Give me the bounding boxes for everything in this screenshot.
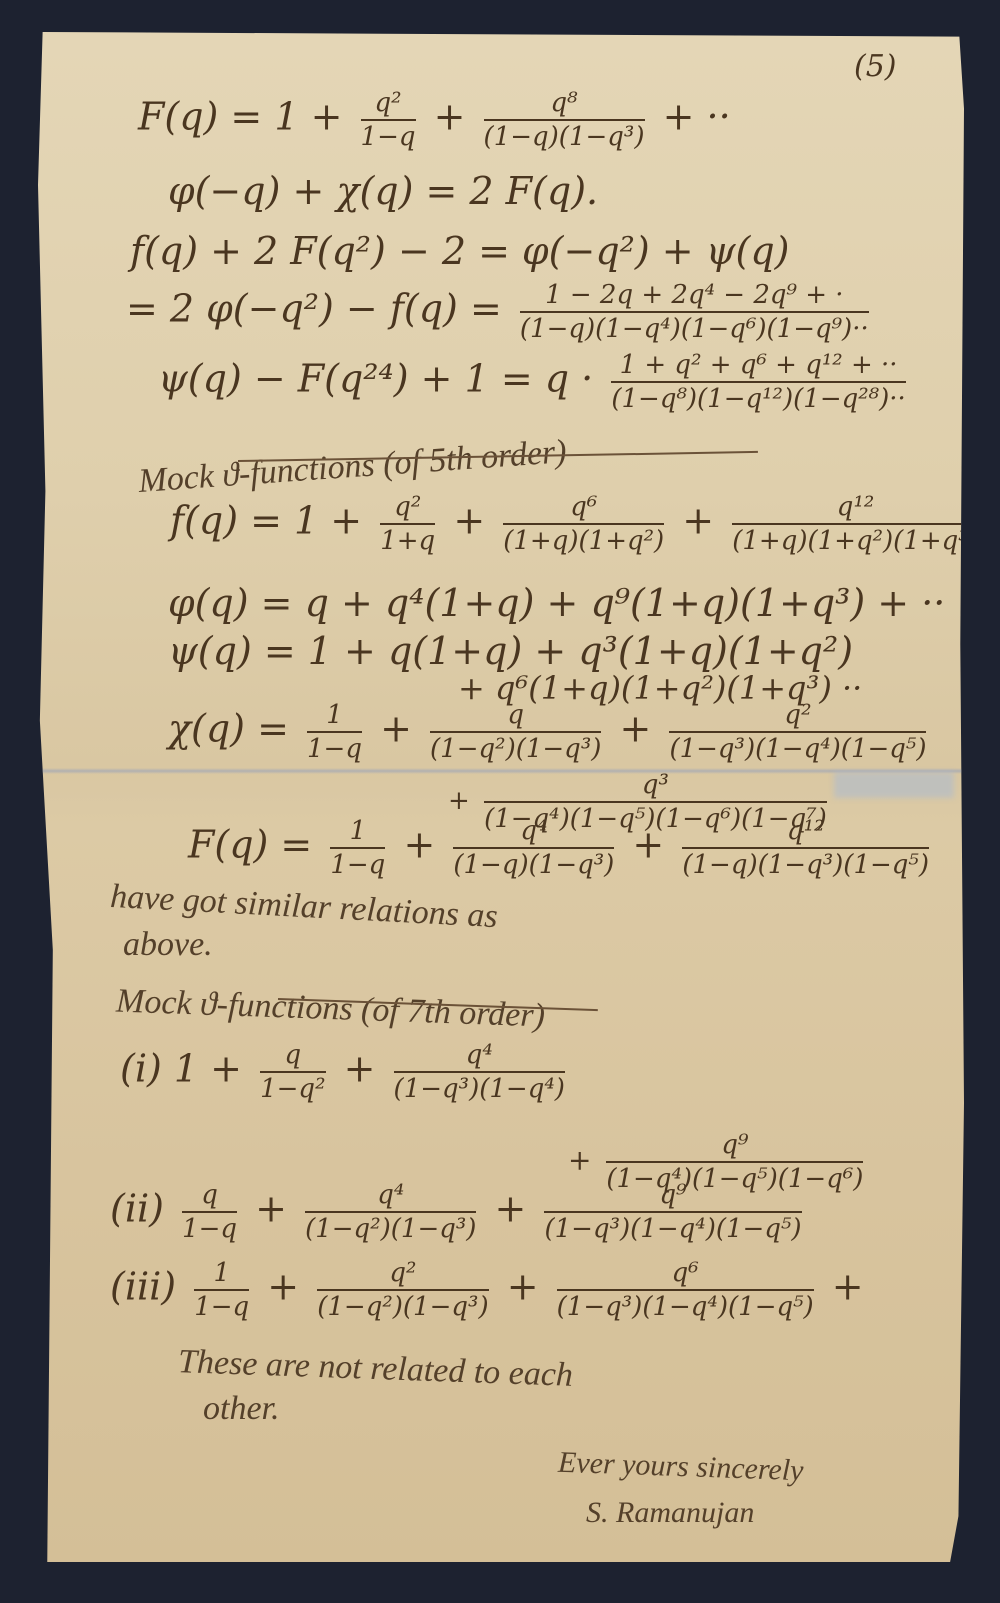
fraction: 11−q (194, 1260, 249, 1320)
item-label: (i) (120, 1047, 162, 1091)
fraction: 11−q (307, 702, 362, 762)
fraction: q¹²(1+q)(1+q²)(1+q³) (732, 494, 979, 554)
equation-f-definition: f(q) = 1 + q²1+q + q⁶(1+q)(1+q²) + q¹²(1… (170, 494, 985, 554)
text-not-related: These are not related to each (178, 1345, 574, 1393)
tape-stain (834, 772, 954, 798)
fraction: q⁶(1+q)(1+q²) (503, 494, 664, 554)
closing-salutation: Ever yours sincerely (558, 1448, 804, 1487)
page-number: (5) (854, 52, 897, 82)
fraction: q²1−q (361, 90, 416, 150)
equation-relation-4: ψ(q) − F(q²⁴) + 1 = q · 1 + q² + q⁶ + q¹… (158, 352, 912, 412)
fraction: q⁹(1−q³)(1−q⁴)(1−q⁵) (544, 1182, 801, 1242)
fraction: q⁴(1−q)(1−q³) (453, 818, 614, 878)
equation-F-definition-2: F(q) = 11−q + q⁴(1−q)(1−q³) + q¹²(1−q)(1… (188, 818, 935, 878)
equation-7th-order-ii: (ii) q1−q + q⁴(1−q²)(1−q³) + q⁹(1−q³)(1−… (110, 1182, 808, 1242)
fraction: q²1+q (380, 494, 435, 554)
fraction: q1−q² (260, 1042, 325, 1102)
fraction: 11−q (330, 818, 385, 878)
equation-phi-definition: φ(q) = q + q⁴(1+q) + q⁹(1+q)(1+q³) + ·· (168, 584, 945, 622)
equation-chi-definition: χ(q) = 11−q + q(1−q²)(1−q³) + q²(1−q³)(1… (168, 702, 932, 762)
item-label: (ii) (110, 1187, 164, 1231)
fraction: q⁶(1−q³)(1−q⁴)(1−q⁵) (557, 1260, 814, 1320)
equation-psi-definition-line1: ψ(q) = 1 + q(1+q) + q³(1+q)(1+q²) (168, 632, 853, 670)
text-above: above. (123, 928, 213, 962)
equation-relation-1: φ(−q) + χ(q) = 2 F(q). (168, 172, 598, 210)
signature: S. Ramanujan (586, 1498, 754, 1528)
heading-5th-order: Mock ϑ-functions (of 5th order) (137, 435, 567, 499)
fraction: q⁴(1−q³)(1−q⁴) (394, 1042, 565, 1102)
equation-relation-2: f(q) + 2 F(q²) − 2 = φ(−q²) + ψ(q) (130, 232, 789, 270)
fraction: q¹²(1−q)(1−q³)(1−q⁵) (682, 818, 929, 878)
equation-7th-order-i: (i) 1 + q1−q² + q⁴(1−q³)(1−q⁴) (120, 1042, 571, 1102)
fraction: q⁸(1−q)(1−q³) (484, 90, 645, 150)
text-other: other. (203, 1392, 280, 1426)
heading-7th-order: Mock ϑ-functions (of 7th order) (116, 985, 546, 1034)
item-label: (iii) (110, 1265, 176, 1309)
equation-7th-order-iii: (iii) 11−q + q²(1−q²)(1−q³) + q⁶(1−q³)(1… (110, 1260, 864, 1320)
fraction: q²(1−q³)(1−q⁴)(1−q⁵) (669, 702, 926, 762)
fraction: q⁴(1−q²)(1−q³) (305, 1182, 476, 1242)
fraction: 1 + q² + q⁶ + q¹² + ··(1−q⁸)(1−q¹²)(1−q²… (611, 352, 905, 412)
fraction: q1−q (182, 1182, 237, 1242)
fraction: q²(1−q²)(1−q³) (317, 1260, 488, 1320)
fraction: q(1−q²)(1−q³) (430, 702, 601, 762)
equation-relation-3: = 2 φ(−q²) − f(q) = 1 − 2q + 2q⁴ − 2q⁹ +… (126, 282, 875, 342)
manuscript-page: (5) F(q) = 1 + q²1−q + q⁸(1−q)(1−q³) + ·… (38, 32, 964, 1562)
equation-lhs: F(q) = 1 + (138, 95, 342, 139)
fraction: 1 − 2q + 2q⁴ − 2q⁹ + ·(1−q)(1−q⁴)(1−q⁶)(… (520, 282, 869, 342)
equation-F-definition: F(q) = 1 + q²1−q + q⁸(1−q)(1−q³) + ·· (138, 90, 731, 150)
